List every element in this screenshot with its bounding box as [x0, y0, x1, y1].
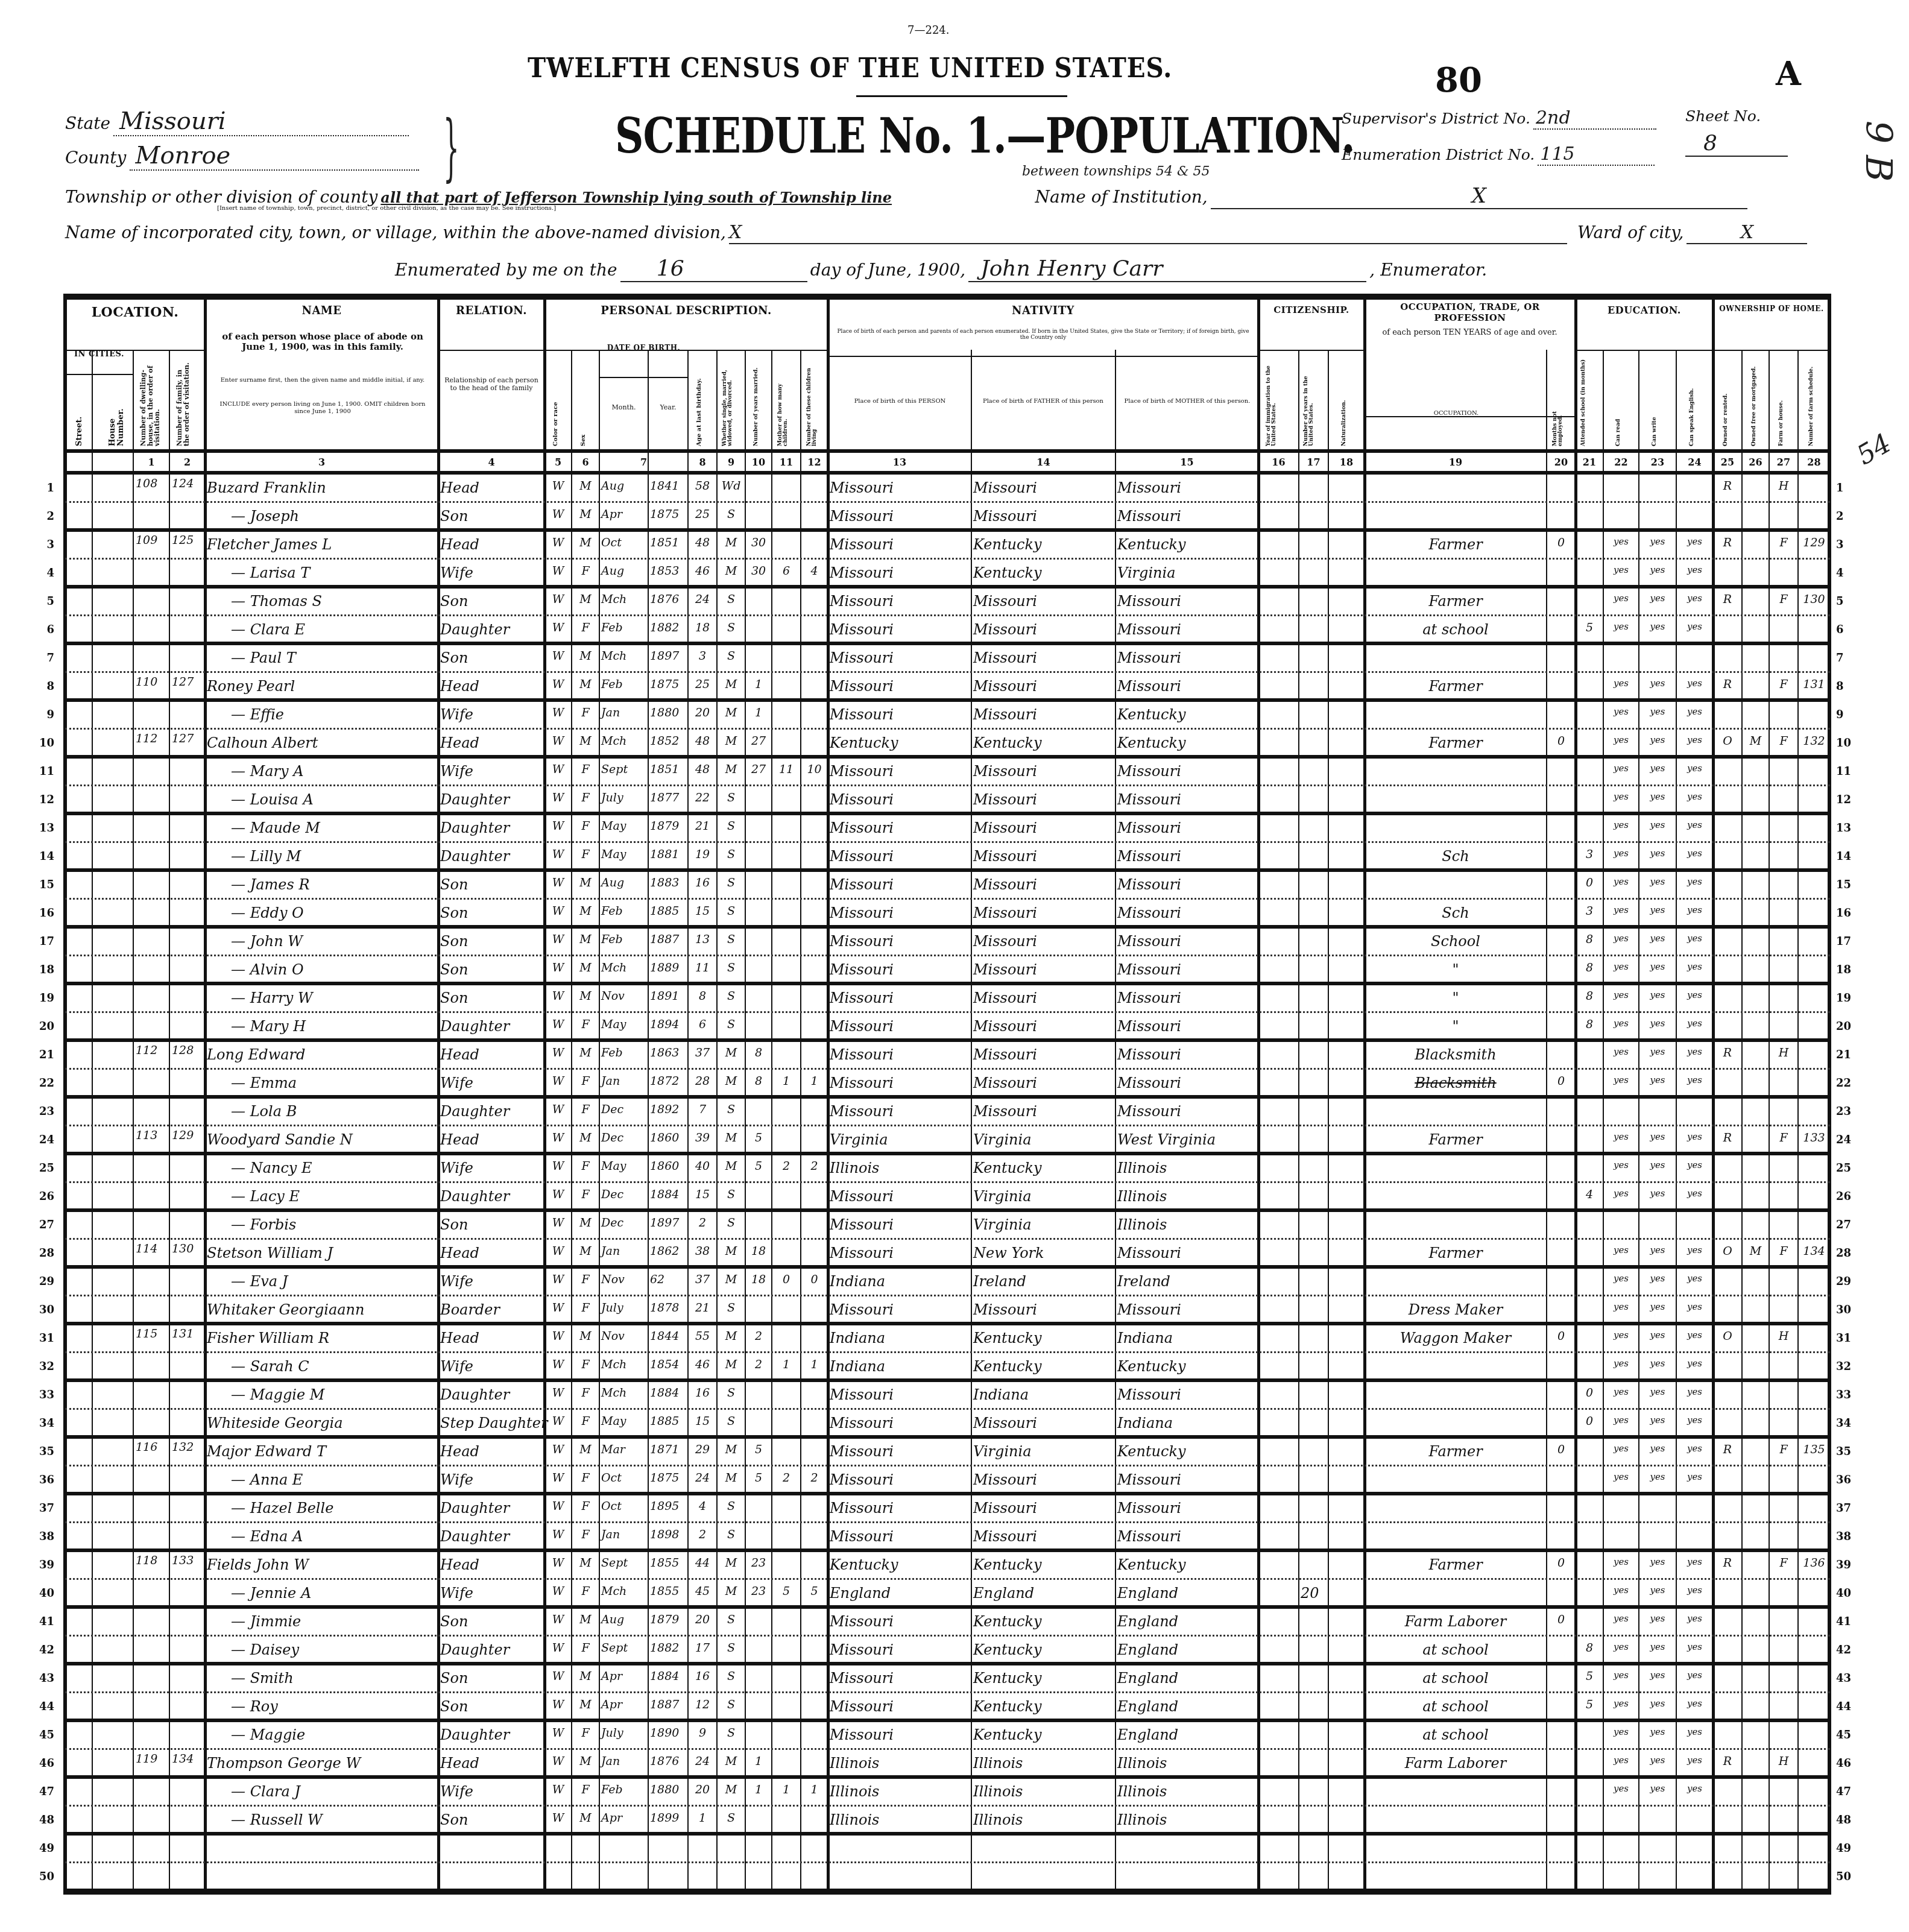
line-number-right: 24 [1836, 1134, 1860, 1146]
cell-dw: 114 [136, 1243, 167, 1255]
cell-yr: 1853 [650, 566, 686, 577]
cell-bf: Missouri [973, 651, 1114, 665]
row-separator [65, 1351, 1830, 1353]
cell-fam: 127 [172, 677, 203, 688]
cell-ms: M [719, 1586, 743, 1597]
cell-sex: F [573, 1784, 598, 1796]
cell-sex: M [573, 991, 598, 1002]
county-label: County [65, 148, 126, 168]
cell-rel: Head [440, 481, 543, 495]
cell-col: W [546, 962, 570, 974]
group-citizenship: CITIZENSHIP. [1258, 305, 1365, 315]
cell-mon: Sept [601, 764, 646, 775]
cell-ms: M [719, 764, 743, 775]
cell-col: W [546, 1586, 570, 1597]
cell-mon: Apr [601, 509, 646, 520]
cell-fh: F [1771, 594, 1796, 605]
line-number-left: 49 [30, 1842, 54, 1855]
cell-bf: Missouri [973, 1501, 1114, 1515]
label-house-number: House Number. [109, 386, 125, 446]
cell-mon: Jan [601, 1529, 646, 1541]
cell-ms: S [719, 1189, 743, 1201]
line-number-right: 45 [1836, 1729, 1860, 1741]
cell-rd: yes [1605, 1331, 1637, 1340]
cell-fs: 134 [1800, 1246, 1828, 1257]
cell-age: 19 [690, 849, 715, 860]
cell-name: — Louisa A [207, 792, 461, 807]
cell-mon: Feb [601, 1047, 646, 1059]
cell-bm: Kentucky [1117, 707, 1257, 722]
cell-fam: 134 [172, 1754, 203, 1765]
row-separator [65, 1125, 1830, 1126]
cell-yr: 1894 [650, 1019, 686, 1031]
cell-ms: M [719, 736, 743, 747]
line-number-right: 12 [1836, 794, 1860, 806]
cell-ym: 8 [747, 1076, 770, 1087]
cell-rel: Wife [440, 707, 543, 722]
line-number-left: 10 [30, 737, 54, 750]
cell-col: W [546, 1501, 570, 1512]
cell-ms: M [719, 1047, 743, 1059]
cell-ms: S [719, 1302, 743, 1314]
cell-sex: M [573, 962, 598, 974]
cell-rd: yes [1605, 1387, 1637, 1397]
line-number-left: 14 [30, 850, 54, 863]
cell-rel: Wife [440, 1076, 543, 1090]
enumerated-prefix: Enumerated by me on the [395, 260, 617, 280]
cell-bp: Missouri [830, 622, 970, 637]
cell-cl: 1 [803, 1076, 826, 1087]
row-separator [65, 528, 1830, 532]
cell-occ: " [1366, 1019, 1545, 1034]
sheet-letter: A [1776, 54, 1801, 93]
cell-ms: M [719, 1444, 743, 1456]
cell-rd: yes [1605, 594, 1637, 603]
cell-sex: M [573, 1246, 598, 1257]
cell-ms: M [719, 679, 743, 690]
row-separator [65, 671, 1830, 673]
cell-ms: S [719, 1813, 743, 1824]
cell-bf: Kentucky [973, 1331, 1114, 1345]
line-number-left: 7 [30, 652, 54, 665]
cell-sp: yes [1678, 1274, 1711, 1283]
cell-rel: Head [440, 736, 543, 750]
cell-age: 21 [690, 821, 715, 832]
cell-col: W [546, 1189, 570, 1201]
cell-col: W [546, 1387, 570, 1399]
cell-bf: Kentucky [973, 736, 1114, 750]
cell-wr: yes [1641, 1416, 1674, 1425]
cell-ym: 2 [747, 1359, 770, 1371]
cell-bm: England [1117, 1614, 1257, 1629]
cell-sch: 8 [1577, 991, 1601, 1002]
cell-rel: Head [440, 1756, 543, 1770]
line-number-left: 48 [30, 1814, 54, 1826]
label-attended-school: Attended school (in months) [1581, 356, 1586, 446]
cell-fh: H [1771, 1331, 1796, 1342]
cell-yr: 1872 [650, 1076, 686, 1087]
cell-col: W [546, 1813, 570, 1824]
column-divider [687, 350, 689, 1892]
cell-yr: 1855 [650, 1558, 686, 1569]
cell-rd: yes [1605, 962, 1637, 971]
cell-moc: 1 [774, 1784, 799, 1796]
cell-wr: yes [1641, 991, 1674, 1000]
cell-name: — Edna A [207, 1529, 461, 1544]
cell-mon: Sept [601, 1558, 646, 1569]
cell-bp: Missouri [830, 1416, 970, 1430]
line-number-left: 43 [30, 1672, 54, 1685]
line-number-right: 11 [1836, 765, 1860, 778]
cell-name: — Nancy E [207, 1161, 461, 1175]
line-number-right: 30 [1836, 1304, 1860, 1316]
cell-ms: S [719, 651, 743, 662]
column-divider [1676, 350, 1677, 1892]
cell-bm: Indiana [1117, 1331, 1257, 1345]
cell-mon: May [601, 1019, 646, 1031]
cell-bm: Virginia [1117, 566, 1257, 580]
cell-bm: Missouri [1117, 877, 1257, 892]
cell-bm: Missouri [1117, 594, 1257, 608]
column-divider [133, 350, 134, 1892]
cell-age: 40 [690, 1161, 715, 1172]
group-name: NAME [205, 305, 438, 317]
cell-sex: M [573, 594, 598, 605]
cell-sex: M [573, 1444, 598, 1456]
cell-col: W [546, 1784, 570, 1796]
line-number-right: 23 [1836, 1105, 1860, 1118]
line-number-left: 33 [30, 1389, 54, 1401]
row-separator [65, 1265, 1830, 1269]
cell-yr: 1871 [650, 1444, 686, 1456]
cell-occ: Waggon Maker [1366, 1331, 1545, 1345]
column-number: 26 [1742, 456, 1769, 468]
cell-bf: Kentucky [973, 1161, 1114, 1175]
cell-bp: Illinois [830, 1161, 970, 1175]
row-separator [65, 1011, 1830, 1013]
cell-dw: 113 [136, 1130, 167, 1141]
cell-rel: Son [440, 962, 543, 977]
cell-age: 15 [690, 1416, 715, 1427]
cell-name: — Paul T [207, 651, 461, 665]
cell-name: — Jennie A [207, 1586, 461, 1600]
line-number-left: 31 [30, 1332, 54, 1345]
line-number-left: 4 [30, 567, 54, 579]
line-number-left: 40 [30, 1587, 54, 1600]
cell-col: W [546, 1132, 570, 1144]
line-number-left: 9 [30, 709, 54, 721]
cell-sp: yes [1678, 1189, 1711, 1198]
cell-sex: F [573, 1359, 598, 1371]
cell-sch: 3 [1577, 849, 1601, 860]
column-number: 7 [599, 456, 688, 468]
enumeration-line: Enumerated by me on the 16 day of June, … [395, 256, 1487, 282]
cell-mon: Sept [601, 1643, 646, 1654]
cell-name: Whiteside Georgia [207, 1416, 437, 1430]
cell-bm: Missouri [1117, 1019, 1257, 1034]
cell-moc: 2 [774, 1473, 799, 1484]
cell-rel: Head [440, 1444, 543, 1459]
header-rule [65, 350, 205, 351]
cell-cl: 2 [803, 1161, 826, 1172]
cell-col: W [546, 537, 570, 549]
cell-rd: yes [1605, 1274, 1637, 1283]
row-separator [65, 1465, 1830, 1466]
label-street: Street. [75, 392, 84, 446]
supervisor-district-field: Supervisor's District No. 2nd [1342, 107, 1656, 130]
cell-fh: H [1771, 481, 1796, 492]
cell-age: 16 [690, 877, 715, 889]
cell-rd: yes [1605, 821, 1637, 830]
cell-cl: 2 [803, 1473, 826, 1484]
cell-mon: Mch [601, 1586, 646, 1597]
cell-bp: Illinois [830, 1784, 970, 1799]
column-number: 3 [205, 456, 438, 468]
cell-sp: yes [1678, 1444, 1711, 1453]
cell-name: — Russell W [207, 1813, 461, 1827]
cell-mon: Apr [601, 1699, 646, 1711]
row-separator [65, 1238, 1830, 1240]
cell-sex: M [573, 651, 598, 662]
line-number-right: 34 [1836, 1417, 1860, 1430]
cell-ms: S [719, 821, 743, 832]
row-separator [65, 1378, 1830, 1382]
cell-fs: 133 [1800, 1132, 1828, 1144]
cell-age: 25 [690, 509, 715, 520]
cell-rel: Daughter [440, 821, 543, 835]
cell-rel: Wife [440, 1274, 543, 1289]
cell-ms: M [719, 566, 743, 577]
cell-rd: yes [1605, 1671, 1637, 1680]
cell-sex: M [573, 1614, 598, 1626]
cell-rd: yes [1605, 1161, 1637, 1170]
cell-rel: Son [440, 651, 543, 665]
cell-yr: 1898 [650, 1529, 686, 1541]
cell-rel: Daughter [440, 1728, 543, 1742]
cell-bf: Missouri [973, 481, 1114, 495]
cell-sp: yes [1678, 1331, 1711, 1340]
cell-fs: 131 [1800, 679, 1828, 690]
cell-sp: yes [1678, 1047, 1711, 1056]
cell-bp: Missouri [830, 1614, 970, 1629]
cell-bp: Missouri [830, 1189, 970, 1204]
row-separator [65, 1662, 1830, 1665]
cell-ms: S [719, 509, 743, 520]
cell-wr: yes [1641, 1246, 1674, 1255]
cell-sex: F [573, 1586, 598, 1597]
line-number-left: 39 [30, 1559, 54, 1571]
cell-ms: M [719, 1331, 743, 1342]
line-number-right: 4 [1836, 567, 1860, 579]
cell-occ: Farmer [1366, 594, 1545, 608]
cell-bp: Missouri [830, 1302, 970, 1317]
cell-mon: Oct [601, 537, 646, 549]
line-number-right: 37 [1836, 1502, 1860, 1515]
cell-bm: Illinois [1117, 1161, 1257, 1175]
cell-rel: Son [440, 594, 543, 608]
line-number-right: 19 [1836, 992, 1860, 1005]
line-number-right: 14 [1836, 850, 1860, 863]
cell-sp: yes [1678, 679, 1711, 688]
cell-wr: yes [1641, 934, 1674, 943]
city-field: Name of incorporated city, town, or vill… [65, 222, 1807, 244]
line-number-right: 20 [1836, 1020, 1860, 1033]
cell-bm: Missouri [1117, 962, 1257, 977]
cell-rd: yes [1605, 1444, 1637, 1453]
column-divider [1769, 350, 1770, 1892]
cell-col: W [546, 707, 570, 719]
line-number-left: 46 [30, 1757, 54, 1770]
line-number-right: 18 [1836, 964, 1860, 976]
line-number-left: 45 [30, 1729, 54, 1741]
cell-mon: Mch [601, 962, 646, 974]
cell-ms: M [719, 1132, 743, 1144]
cell-age: 22 [690, 792, 715, 804]
label-children-living: Number of these children living [807, 362, 818, 446]
cell-rel: Boarder [440, 1302, 543, 1317]
cell-rd: yes [1605, 1756, 1637, 1765]
cell-name: — Forbis [207, 1217, 461, 1232]
cell-bm: Missouri [1117, 1501, 1257, 1515]
margin-note-col28: 54 [1852, 428, 1896, 471]
cell-age: 18 [690, 622, 715, 634]
cell-sch: 0 [1577, 1387, 1601, 1399]
cell-bf: Illinois [973, 1784, 1114, 1799]
cell-wr: yes [1641, 679, 1674, 688]
cell-bm: England [1117, 1643, 1257, 1657]
cell-own: R [1715, 679, 1740, 690]
cell-yr: 1887 [650, 934, 686, 945]
cell-cl: 5 [803, 1586, 826, 1597]
cell-dw: 112 [136, 733, 167, 745]
label-family: Number of family, in the order of visita… [176, 356, 190, 446]
cell-rel: Head [440, 1558, 543, 1572]
cell-ms: S [719, 1019, 743, 1031]
cell-sex: M [573, 537, 598, 549]
row-separator [65, 1889, 1830, 1892]
line-number-left: 21 [30, 1049, 54, 1061]
cell-ms: S [719, 1104, 743, 1116]
cell-yr: 1878 [650, 1302, 686, 1314]
header-rule [599, 377, 688, 378]
cell-age: 25 [690, 679, 715, 690]
cell-bm: Missouri [1117, 651, 1257, 665]
column-number: 27 [1769, 456, 1798, 468]
column-number: 1 [133, 456, 169, 468]
cell-yr: 1887 [650, 1699, 686, 1711]
enumeration-label: Enumeration District No. [1342, 146, 1535, 163]
cell-fh: F [1771, 736, 1796, 747]
cell-col: W [546, 1529, 570, 1541]
cell-bf: Missouri [973, 906, 1114, 920]
line-number-right: 46 [1836, 1757, 1860, 1770]
cell-age: 15 [690, 1189, 715, 1201]
cell-sch: 0 [1577, 877, 1601, 889]
state-county-brace: } [443, 112, 459, 184]
cell-ym: 5 [747, 1161, 770, 1172]
city-value: X [729, 222, 1567, 244]
cell-bm: Missouri [1117, 679, 1257, 693]
cell-mon: Dec [601, 1132, 646, 1144]
line-number-left: 3 [30, 538, 54, 551]
cell-sex: M [573, 1558, 598, 1569]
cell-bp: Missouri [830, 1217, 970, 1232]
cell-bp: Missouri [830, 1473, 970, 1487]
cell-rel: Wife [440, 1586, 543, 1600]
cell-bm: Illinois [1117, 1756, 1257, 1770]
cell-name: — Eva J [207, 1274, 461, 1289]
column-divider [971, 350, 972, 1892]
cell-age: 2 [690, 1217, 715, 1229]
cell-bp: Missouri [830, 1104, 970, 1119]
cell-bf: Missouri [973, 877, 1114, 892]
cell-fs: 130 [1800, 594, 1828, 605]
line-number-right: 7 [1836, 652, 1860, 665]
cell-age: 37 [690, 1274, 715, 1286]
cell-ym: 23 [747, 1558, 770, 1569]
column-number: 15 [1115, 456, 1258, 468]
cell-name: Fisher William R [207, 1331, 437, 1345]
cell-wr: yes [1641, 821, 1674, 830]
label-birth-person: Place of birth of this PERSON [832, 398, 968, 405]
line-number-right: 6 [1836, 623, 1860, 636]
header-rule [1258, 350, 1365, 351]
cell-bf: Kentucky [973, 1671, 1114, 1685]
cell-sex: M [573, 1217, 598, 1229]
column-divider [1115, 350, 1116, 1892]
cell-rd: yes [1605, 1586, 1637, 1595]
cell-wr: yes [1641, 1302, 1674, 1312]
cell-bp: Missouri [830, 566, 970, 580]
cell-wr: yes [1641, 849, 1674, 858]
cell-sex: F [573, 849, 598, 860]
cell-sp: yes [1678, 537, 1711, 546]
supervisor-value: 2nd [1533, 107, 1656, 130]
cell-rd: yes [1605, 537, 1637, 546]
cell-age: 16 [690, 1671, 715, 1682]
cell-bf: Missouri [973, 509, 1114, 523]
cell-sp: yes [1678, 566, 1711, 575]
cell-ym: 5 [747, 1132, 770, 1144]
cell-bf: Missouri [973, 622, 1114, 637]
cell-bm: Illinois [1117, 1217, 1257, 1232]
cell-bf: Missouri [973, 1416, 1114, 1430]
cell-name: — Sarah C [207, 1359, 461, 1374]
cell-wr: yes [1641, 1189, 1674, 1198]
cell-yr: 1852 [650, 736, 686, 747]
cell-age: 1 [690, 1813, 715, 1824]
column-number: 21 [1576, 456, 1603, 468]
sheet-value: 8 [1685, 131, 1788, 157]
cell-wr: yes [1641, 1728, 1674, 1737]
cell-age: 48 [690, 764, 715, 775]
cell-yr: 1899 [650, 1813, 686, 1824]
cell-sex: F [573, 566, 598, 577]
label-naturalization: Naturalization. [1342, 374, 1347, 446]
cell-sp: yes [1678, 1558, 1711, 1567]
cell-age: 4 [690, 1501, 715, 1512]
cell-dw: 109 [136, 535, 167, 546]
cell-bm: Kentucky [1117, 1558, 1257, 1572]
cell-moc: 1 [774, 1359, 799, 1371]
cell-wr: yes [1641, 707, 1674, 716]
cell-bp: Missouri [830, 792, 970, 807]
cell-age: 20 [690, 1614, 715, 1626]
occupation-description: of each person TEN YEARS of age and over… [1372, 329, 1568, 338]
label-immigration: Year of immigration to the United States… [1266, 356, 1278, 446]
cell-wr: yes [1641, 1473, 1674, 1482]
cell-ms: S [719, 1728, 743, 1739]
